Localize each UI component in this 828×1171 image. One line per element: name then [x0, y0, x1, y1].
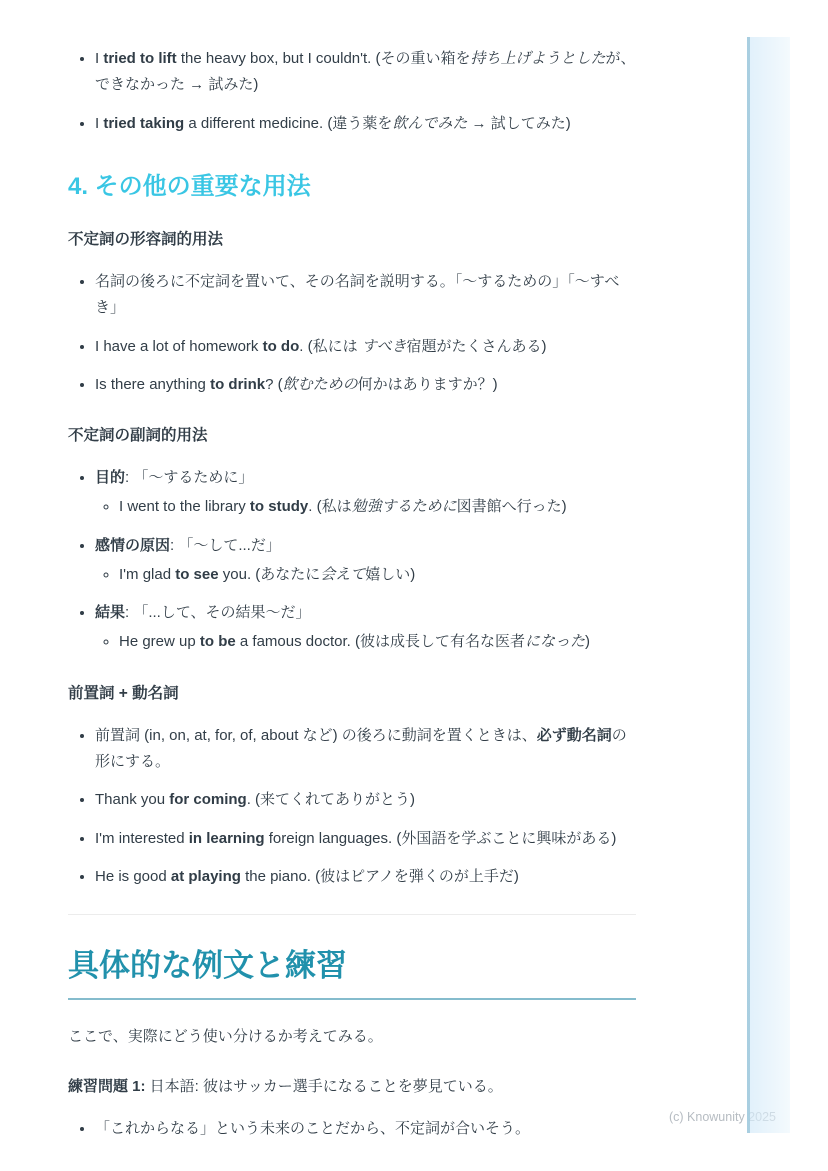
sub-list: He grew up to be a famous doctor. (彼は成長し… — [95, 629, 636, 655]
list-item: 感情の原因: 「〜して...だ」 I'm glad to see you. (あ… — [95, 533, 636, 589]
practice-section-heading: 具体的な例文と練習 — [68, 947, 636, 1000]
list-item-text: 目的: 「〜するために」 — [95, 469, 253, 486]
exercise-1-notes-list: 「これからなる」という未来のことだから、不定詞が合いそう。 — [68, 1116, 636, 1142]
list-item: I'm interested in learning foreign langu… — [95, 826, 636, 852]
list-item: 目的: 「〜するために」 I went to the library to st… — [95, 465, 636, 521]
notes-content: I tried to lift the heavy box, but I cou… — [68, 30, 636, 1155]
sub-list-item: I'm glad to see you. (あなたに会えて嬉しい) — [119, 562, 636, 588]
list-item: I have a lot of homework to do. (私には すべき… — [95, 334, 636, 360]
list-item: Thank you for coming. (来てくれてありがとう) — [95, 787, 636, 813]
right-highlight-bar — [747, 37, 790, 1133]
adverbial-use-list: 目的: 「〜するために」 I went to the library to st… — [68, 465, 636, 656]
list-item-text: 感情の原因: 「〜して...だ」 — [95, 537, 281, 554]
section-4-heading: 4. その他の重要な用法 — [68, 171, 636, 202]
sub-list: I went to the library to study. (私は勉強するた… — [95, 494, 636, 520]
list-item: 結果: 「...して、その結果〜だ」 He grew up to be a fa… — [95, 600, 636, 656]
copyright-footer: (c) Knowunity 2025 — [669, 1110, 776, 1124]
list-item: 「これからなる」という未来のことだから、不定詞が合いそう。 — [95, 1116, 636, 1142]
sub-list-item: He grew up to be a famous doctor. (彼は成長し… — [119, 629, 636, 655]
list-item: I tried taking a different medicine. (違う… — [95, 111, 636, 137]
tried-examples-list: I tried to lift the heavy box, but I cou… — [68, 46, 636, 137]
section-divider — [68, 914, 636, 915]
sub-list-item: I went to the library to study. (私は勉強するた… — [119, 494, 636, 520]
subheading-preposition-gerund: 前置詞 + 動名詞 — [68, 680, 636, 707]
preposition-gerund-list: 前置詞 (in, on, at, for, of, about など) の後ろに… — [68, 723, 636, 890]
subheading-adjectival-use: 不定詞の形容詞的用法 — [68, 226, 636, 253]
list-item: He is good at playing the piano. (彼はピアノを… — [95, 864, 636, 890]
document-page: I tried to lift the heavy box, but I cou… — [0, 0, 828, 1171]
list-item: Is there anything to drink? (飲むための何かはありま… — [95, 372, 636, 398]
exercise-1-paragraph: 練習問題 1: 日本語: 彼はサッカー選手になることを夢見ている。 — [68, 1074, 636, 1100]
sub-list: I'm glad to see you. (あなたに会えて嬉しい) — [95, 562, 636, 588]
list-item: 名詞の後ろに不定詞を置いて、その名詞を説明する。「〜するための」「〜すべき」 — [95, 269, 636, 322]
list-item-text: 結果: 「...して、その結果〜だ」 — [95, 604, 311, 621]
adjectival-use-list: 名詞の後ろに不定詞を置いて、その名詞を説明する。「〜するための」「〜すべき」 I… — [68, 269, 636, 398]
list-item: 前置詞 (in, on, at, for, of, about など) の後ろに… — [95, 723, 636, 776]
practice-intro-paragraph: ここで、実際にどう使い分けるか考えてみる。 — [68, 1024, 636, 1050]
list-item: I tried to lift the heavy box, but I cou… — [95, 46, 636, 99]
subheading-adverbial-use: 不定詞の副詞的用法 — [68, 422, 636, 449]
